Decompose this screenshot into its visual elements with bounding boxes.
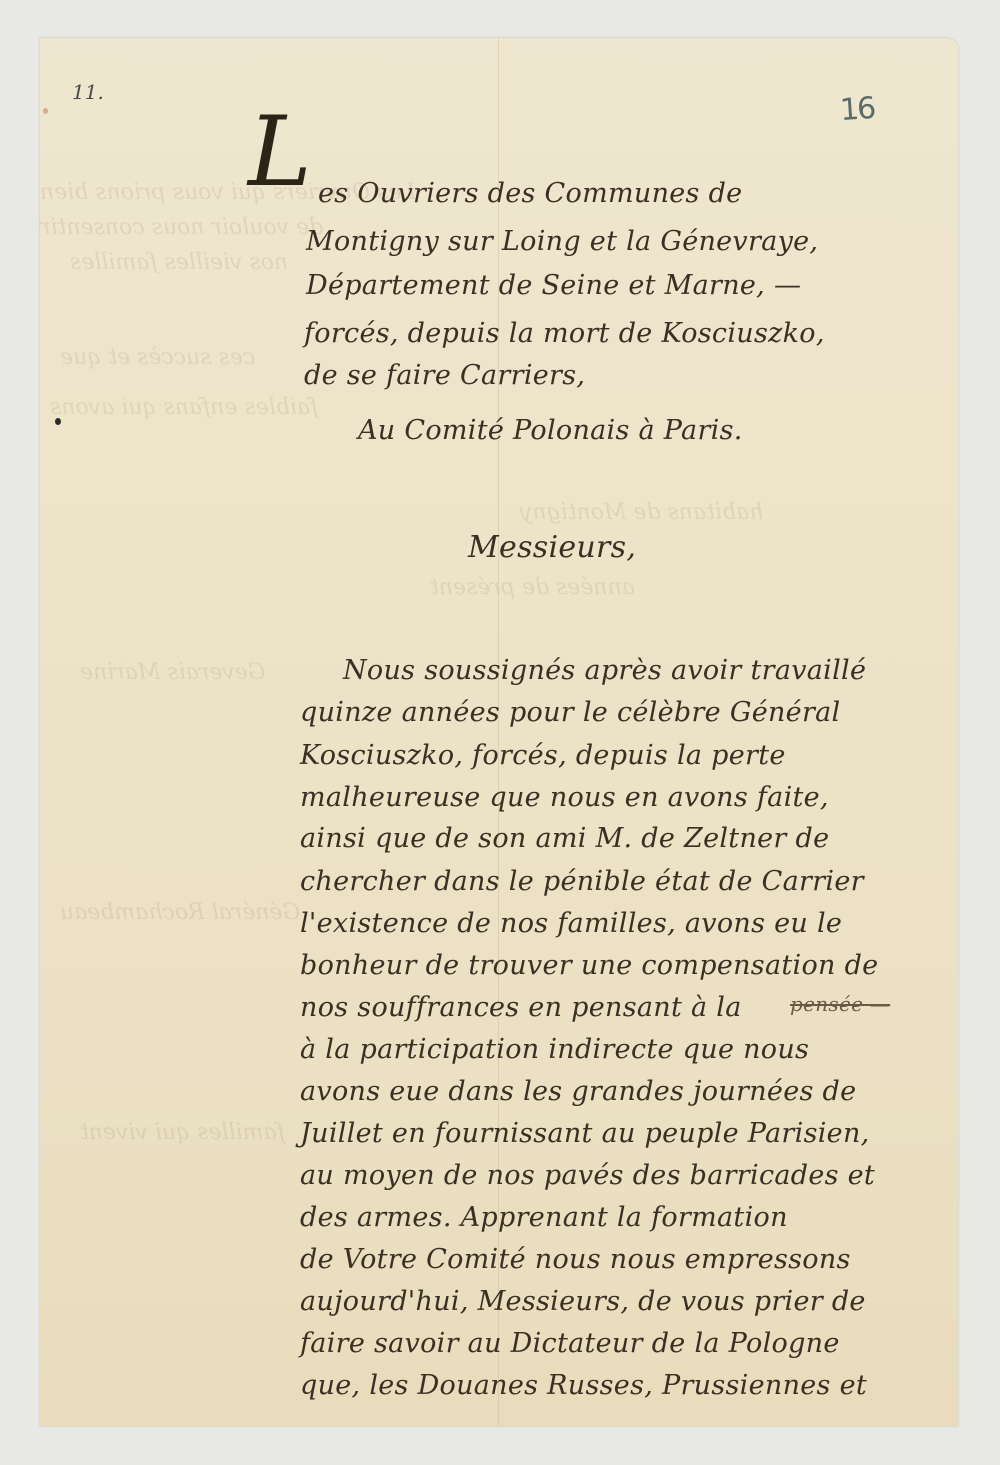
decorative-initial: L bbox=[248, 104, 312, 200]
body-line: chercher dans le pénible état de Carrier bbox=[300, 866, 864, 897]
body-line: l'existence de nos familles, avons eu le bbox=[300, 908, 842, 939]
body-line: des armes. Apprenant la formation bbox=[300, 1202, 788, 1233]
body-line: de Votre Comité nous nous empressons bbox=[300, 1244, 851, 1275]
body-line: à la participation indirecte que nous bbox=[300, 1034, 809, 1065]
body-line: Juillet en fournissant au peuple Parisie… bbox=[300, 1118, 870, 1149]
heading-line: forcés, depuis la mort de Kosciuszko, bbox=[304, 318, 825, 349]
heading-line: de se faire Carriers, bbox=[304, 360, 585, 391]
folio-number-right: 16 bbox=[839, 91, 876, 128]
body-line: Kosciuszko, forcés, depuis la perte bbox=[300, 740, 786, 771]
body-line: nos souffrances en pensant à la bbox=[300, 992, 742, 1023]
heading-line: Département de Seine et Marne, — bbox=[306, 270, 801, 301]
paper-stain bbox=[43, 108, 48, 114]
heading-line: es Ouvriers des Communes de bbox=[318, 178, 742, 209]
folio-number-left: 11. bbox=[72, 80, 104, 104]
body-line: quinze années pour le célèbre Général bbox=[300, 697, 841, 728]
heading-line: Montigny sur Loing et la Génevraye, bbox=[306, 226, 818, 257]
body-line: aujourd'hui, Messieurs, de vous prier de bbox=[300, 1286, 866, 1317]
body-line: malheureuse que nous en avons faite, bbox=[300, 782, 829, 813]
body-line: faire savoir au Dictateur de la Pologne bbox=[300, 1328, 840, 1359]
salutation: Messieurs, bbox=[468, 530, 636, 565]
body-line: bonheur de trouver une compensation de bbox=[300, 950, 878, 981]
addressee: Au Comité Polonais à Paris. bbox=[358, 415, 743, 446]
body-line: au moyen de nos pavés des barricades et bbox=[300, 1160, 875, 1191]
body-line: ainsi que de son ami M. de Zeltner de bbox=[300, 823, 829, 854]
body-line: que, les Douanes Russes, Prussiennes et bbox=[300, 1370, 867, 1401]
body-line: Nous soussignés après avoir travaillé bbox=[343, 655, 866, 686]
struck-through-word: pensée — bbox=[790, 992, 890, 1016]
body-line: avons eue dans les grandes journées de bbox=[300, 1076, 856, 1107]
ink-blot bbox=[55, 418, 61, 425]
